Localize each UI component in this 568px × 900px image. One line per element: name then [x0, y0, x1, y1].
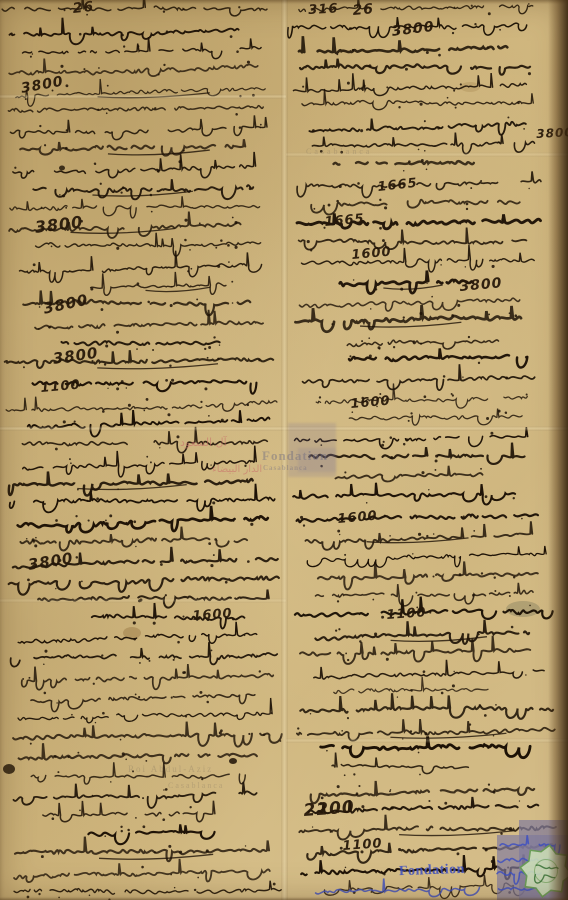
manuscript-scan: 2638003800380038001100380016003162638003… [0, 0, 568, 900]
stamp-arabic-scribble [316, 879, 539, 897]
page-edge-shadow [548, 0, 568, 900]
page-edge-shadow [0, 0, 568, 4]
stamp-overlay-layer [0, 0, 568, 900]
